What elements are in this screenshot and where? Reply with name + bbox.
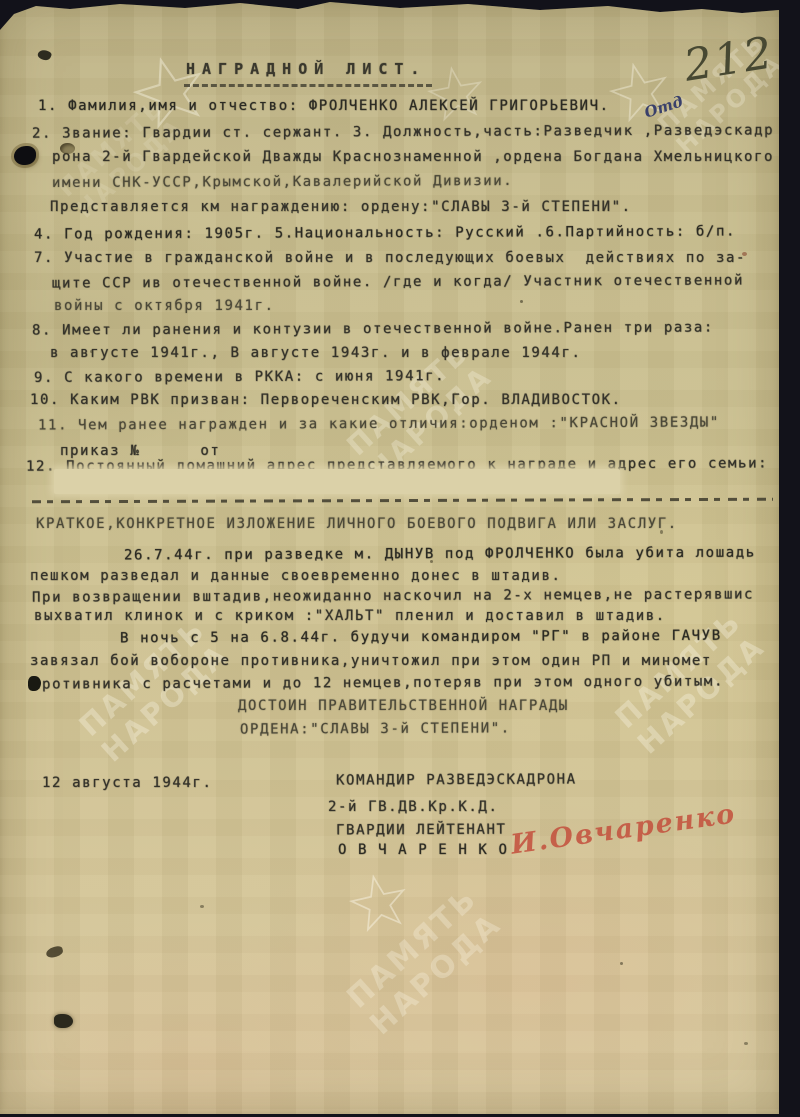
punch-hole (14, 146, 36, 165)
section-separator (32, 498, 773, 504)
signoff-line: ГВАРДИИ ЛЕЙТЕНАНТ (336, 823, 507, 839)
field-line: рона 2-й Гвардейской Дважды Краснознамен… (52, 150, 774, 165)
feat-line: 26.7.44г. при разведке м. ДЫНУВ под ФРОЛ… (124, 546, 756, 564)
watermark-text: ПАМЯТЬ НАРОДА (340, 880, 509, 1042)
field-line: 10. Каким РВК призван: Первореченским РВ… (30, 393, 622, 408)
paper-speck (45, 945, 64, 959)
field-line: 1. Фамилия,имя и отчество: ФРОЛЧЕНКО АЛЕ… (38, 99, 610, 114)
field-line: 4. Год рождения: 1905г. 5.Национальность… (34, 224, 736, 242)
paper-speck (620, 962, 623, 965)
feat-line: противника с расчетами и до 12 немцев,по… (32, 674, 724, 692)
signoff-line: 2-й ГВ.ДВ.Кр.К.Д. (328, 800, 499, 815)
scanned-document: ПАМЯТЬ НАРОДА ПАМЯТЬ НАРОДА ПАМЯТЬ НАРОД… (0, 0, 800, 1117)
margin-note-handwritten: Отд (642, 92, 685, 121)
watermark-line: НАРОДА (364, 907, 509, 1043)
paper-speck (200, 905, 204, 908)
verdict-line: ОРДЕНА:"СЛАВЫ 3-й СТЕПЕНИ". (240, 721, 511, 737)
watermark-line: ПАМЯТЬ (340, 880, 485, 1016)
feat-line: пешком разведал и данные своевременно до… (30, 569, 562, 584)
field-line: 2. Звание: Гвардии ст. сержант. 3. Должн… (32, 123, 774, 141)
feat-line: При возвращении вштадив,неожиданно наско… (32, 587, 754, 605)
page-number: 212 (681, 27, 778, 91)
signoff-line: О В Ч А Р Е Н К О (338, 843, 509, 858)
document-title: НАГРАДНОЙ ЛИСТ. (186, 60, 426, 78)
field-line: приказ № от (60, 444, 220, 459)
title-underline (184, 84, 432, 87)
paper-speck (54, 1014, 73, 1028)
watermark-line: НАРОДА (631, 629, 772, 761)
field-line: имени СНК-УССР,Крымской,Кавалерийской Ди… (52, 174, 513, 191)
field-line: Представляется км награждению: ордену:"С… (50, 200, 632, 215)
field-line: щите ССР ив отечественной войне. /где и … (52, 273, 744, 291)
field-line: в августе 1941г., В августе 1943г. и в ф… (50, 346, 582, 361)
field-line: 9. С какого времени в РККА: с июня 1941г… (34, 369, 445, 386)
paper-speck (520, 300, 523, 303)
feat-line: завязал бой вобороне противника,уничтожи… (30, 654, 712, 669)
field-line: 11. Чем ранее награжден и за какие отлич… (38, 416, 720, 434)
paper-speck (36, 48, 52, 63)
signoff-line: КОМАНДИР РАЗВЕДЭСКАДРОНА (336, 772, 577, 788)
paper-sheet: ПАМЯТЬ НАРОДА ПАМЯТЬ НАРОДА ПАМЯТЬ НАРОД… (0, 0, 779, 1114)
field-line: 8. Имеет ли ранения и контузии в отечест… (32, 321, 714, 339)
signature-autograph: И.Овчаренко (509, 798, 738, 860)
date-line: 12 августа 1944г. (42, 776, 213, 791)
feat-heading: КРАТКОЕ,КОНКРЕТНОЕ ИЗЛОЖЕНИЕ ЛИЧНОГО БОЕ… (36, 517, 678, 532)
verdict-line: ДОСТОИН ПРАВИТЕЛЬСТВЕННОЙ НАГРАДЫ (238, 699, 569, 714)
field-line: 7. Участие в гражданской войне и в после… (34, 251, 746, 266)
feat-line: В ночь с 5 на 6.8.44г. будучи командиром… (120, 629, 722, 647)
star-watermark-icon (350, 874, 408, 932)
paper-speck (744, 1042, 748, 1045)
redaction-box (54, 469, 620, 494)
feat-line: выхватил клинок и с криком :"ХАЛЬТ" плен… (34, 609, 666, 624)
field-line: войны с октября 1941г. (54, 299, 275, 314)
